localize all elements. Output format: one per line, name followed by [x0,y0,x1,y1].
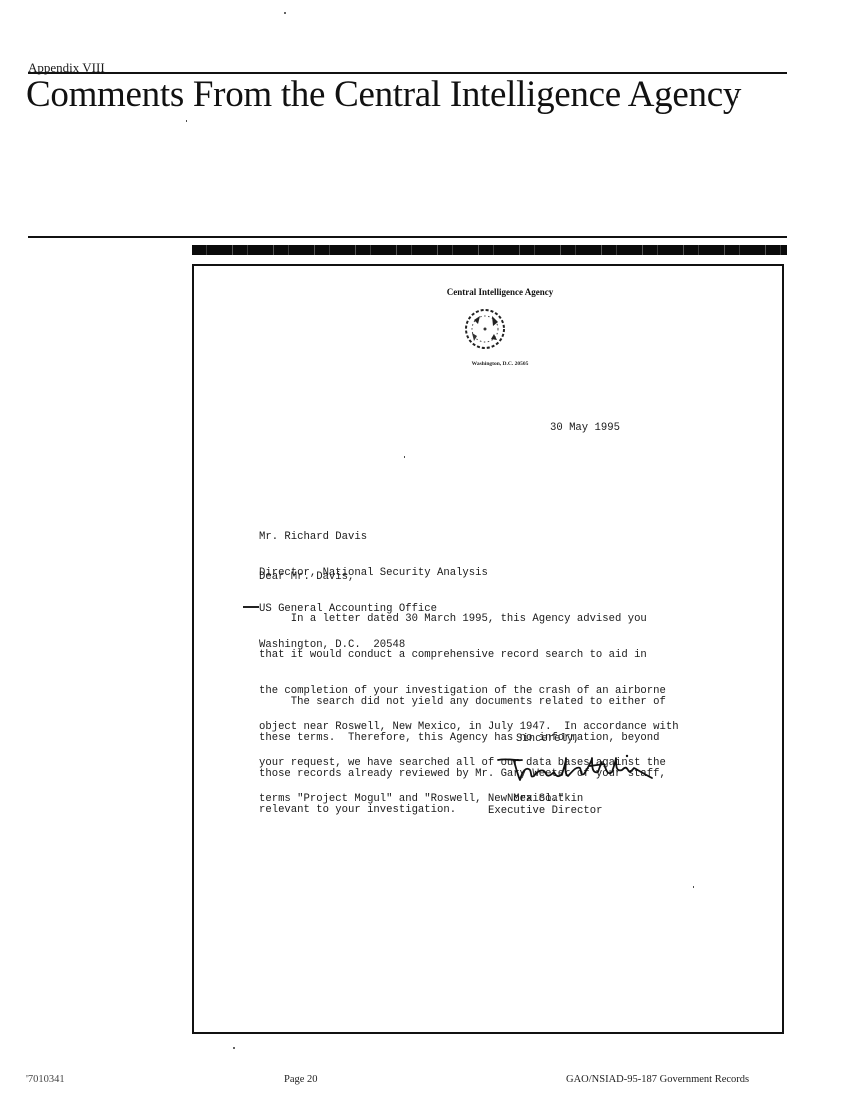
letter-date: 30 May 1995 [550,422,620,434]
signer-name: Nora Slatkin [507,793,583,805]
paragraph-line: relevant to your investigation. [259,804,666,816]
recipient-line: Mr. Richard Davis [259,531,488,543]
paragraph-line: these terms. Therefore, this Agency has … [259,732,666,744]
scan-speck [736,96,738,98]
salutation: Dear Mr. Davis, [259,571,354,583]
paragraph-line: In a letter dated 30 March 1995, this Ag… [259,613,679,625]
closing: Sincerely, [516,733,580,745]
footer-page-number: Page 20 [284,1074,318,1085]
margin-mark [243,606,259,608]
paragraph-line: that it would conduct a comprehensive re… [259,649,679,661]
scan-speck [233,1047,235,1049]
letterhead-address: Washington, D.C. 20505 [440,361,560,367]
letterhead-organization: Central Intelligence Agency [400,287,600,297]
footer-report-id: GAO/NSIAD-95-187 Government Records [566,1074,749,1085]
cia-seal-icon [462,306,508,352]
section-divider [28,236,787,238]
scan-speck [404,456,405,458]
scan-speck [186,120,187,122]
paragraph-line: The search did not yield any documents r… [259,696,666,708]
signature-icon [494,752,659,786]
scan-artifact-band [192,245,787,255]
scan-speck [693,886,694,888]
signer-title: Executive Director [488,805,602,817]
letter-paragraph: The search did not yield any documents r… [259,672,666,828]
scan-speck [284,12,286,14]
footer-document-code: '7010341 [26,1074,65,1085]
page-title: Comments From the Central Intelligence A… [26,76,746,114]
